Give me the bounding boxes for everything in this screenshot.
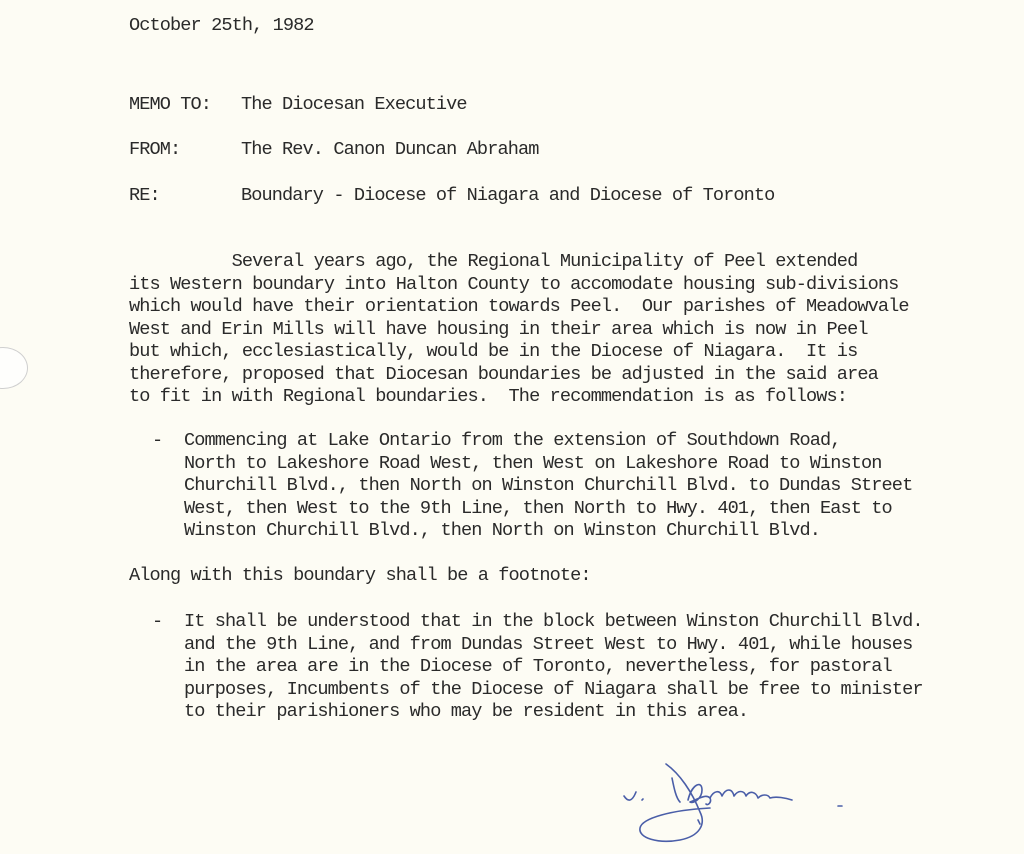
- footnote-line: purposes, Incumbents of the Diocese of N…: [184, 679, 923, 701]
- footnote-line: in the area are in the Diocese of Toront…: [184, 656, 892, 678]
- boundary-line: Commencing at Lake Ontario from the exte…: [184, 430, 841, 452]
- footnote-line: to their parishioners who may be residen…: [184, 701, 748, 723]
- memo-re-label: RE:: [129, 185, 160, 207]
- memo-re-value: Boundary - Diocese of Niagara and Dioces…: [241, 185, 774, 207]
- bullet-dash-icon: -: [152, 611, 163, 633]
- memo-page: October 25th, 1982 MEMO TO: The Diocesan…: [0, 0, 1024, 854]
- footnote-line: and the 9th Line, and from Dundas Street…: [184, 634, 912, 656]
- paragraph-line: therefore, proposed that Diocesan bounda…: [129, 364, 878, 386]
- boundary-line: North to Lakeshore Road West, then West …: [184, 453, 882, 475]
- memo-to-value: The Diocesan Executive: [241, 94, 467, 116]
- memo-to-label: MEMO TO:: [129, 94, 211, 116]
- footnote-intro: Along with this boundary shall be a foot…: [129, 565, 591, 587]
- signature-icon: [610, 762, 880, 852]
- paragraph-line: West and Erin Mills will have housing in…: [129, 319, 868, 341]
- bullet-dash-icon: -: [152, 430, 163, 452]
- boundary-line: Winston Churchill Blvd., then North on W…: [184, 520, 820, 542]
- memo-from-label: FROM:: [129, 139, 180, 161]
- paragraph-line: to fit in with Regional boundaries. The …: [129, 386, 847, 408]
- memo-date: October 25th, 1982: [129, 15, 314, 37]
- paragraph-line: Several years ago, the Regional Municipa…: [129, 251, 857, 273]
- punch-hole-icon: [0, 347, 28, 389]
- footnote-line: It shall be understood that in the block…: [184, 611, 923, 633]
- paragraph-line: but which, ecclesiastically, would be in…: [129, 341, 857, 363]
- memo-from-value: The Rev. Canon Duncan Abraham: [241, 139, 538, 161]
- boundary-line: Churchill Blvd., then North on Winston C…: [184, 475, 912, 497]
- paragraph-line: which would have their orientation towar…: [129, 296, 909, 318]
- paragraph-line: its Western boundary into Halton County …: [129, 274, 898, 296]
- boundary-line: West, then West to the 9th Line, then No…: [184, 498, 892, 520]
